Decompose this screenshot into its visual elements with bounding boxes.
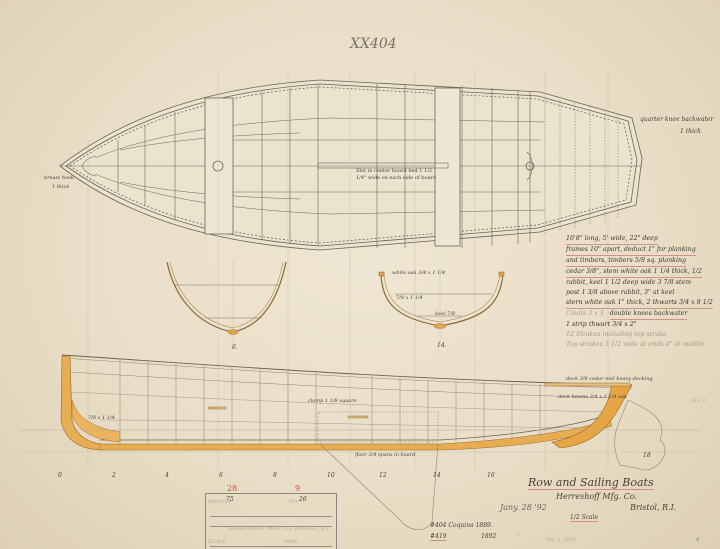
section-14-note-gunwale: white oak 3/4 x 1 1/4 (392, 270, 445, 276)
drawing-title: Row and Sailing Boats (528, 476, 654, 490)
station-tick: 16 (487, 472, 495, 479)
note-clamp: clamp 1 1/8 square (308, 398, 357, 404)
design-reference: #404 Coquina 1889. (430, 522, 493, 529)
note-rudder-size: 16 x 9 (690, 398, 706, 404)
station-tick: 18 (643, 452, 651, 459)
station-tick: 8 (273, 472, 277, 479)
station-tick: 6 (219, 472, 223, 479)
station-tick: 2 (112, 472, 116, 479)
drawer-value: 75 (226, 496, 234, 503)
section-6-label: 6. (232, 344, 238, 351)
no-label: NO. (289, 499, 299, 505)
no-value: 26 (299, 496, 307, 503)
mark-4: 4 (696, 537, 699, 543)
station-tick: 4 (165, 472, 169, 479)
date-label: DATE (284, 539, 298, 545)
centerboard-note-2: 1/4" wide on each side of board (356, 175, 436, 181)
centerboard-note-1: Slot in center board bed 1 1/2 (356, 168, 432, 174)
section-14-label: 14. (437, 342, 447, 349)
spec-line: 1 strip thwart 3/4 x 2" (566, 321, 637, 328)
title-block-red-number-left: 28 (227, 484, 237, 493)
spec-line: post 1 3/8 above rabbit, 3" at keel (566, 289, 674, 296)
section-6 (167, 260, 286, 345)
label-quarter-knee: quarter knee backwater (640, 116, 713, 123)
station-tick: 0 (58, 472, 62, 479)
archive-mark: HA. 5. 2005 (546, 537, 576, 543)
section-14 (379, 268, 504, 345)
drawing-sheet: XX404 quarter knee backwater 1 thick bre… (0, 0, 720, 549)
drawing-maker: Herreshoff Mfg. Co. (556, 492, 637, 501)
section-14-note-clamp: 7/8 x 1 1/4 (396, 295, 423, 301)
spec-line: stern white oak 1" thick, 2 thwarts 3/4 … (566, 298, 713, 309)
design-year: 1892 (481, 533, 496, 540)
note-floor: floor 3/4 spans in board (355, 452, 415, 458)
spec-line-faint: Cleats 3 x 3 (566, 310, 604, 317)
mark-3: 3 (516, 532, 519, 538)
drawing-date: Jany. 28 '92 (500, 503, 547, 512)
spec-line: 16'8" long, 5' wide, 22" deep (566, 234, 658, 245)
label-breast-hook-thickness: 1 thick (52, 184, 69, 190)
station-tick: 12 (379, 472, 387, 479)
scale-label: SCALE (208, 539, 226, 545)
spec-line-faint: 12 Strakes including top strake (566, 330, 718, 340)
note-stem-size: 7/8 x 1 1/4 (88, 415, 115, 421)
spec-line: cedar 3/8", stem white oak 1 1/4 thick, … (566, 267, 702, 278)
plan-view-hull (60, 80, 642, 250)
spec-line: and timbers, timbers 5/8 sq. planking (566, 256, 686, 267)
catalog-number: XX404 (350, 36, 397, 52)
station-tick: 14 (433, 472, 441, 479)
drawing-place: Bristol, R.I. (630, 503, 676, 512)
label-quarter-knee-thickness: 1 thick (680, 128, 701, 135)
spec-line-faint: Top strakes 3 1/2 wide at ends 4" at mid… (566, 340, 718, 350)
spec-line: double knees backwater (610, 309, 688, 320)
label-breast-hook: breast hook (44, 175, 74, 181)
note-deck: deck 3/8 cedar mid heavy decking (566, 376, 653, 382)
design-reference-2: #419 (430, 533, 446, 541)
spec-line: frames 10" apart, deduct 1" for planking (566, 245, 696, 256)
title-block-red-number-right: 9 (295, 484, 300, 493)
section-14-note-keel: keel 7/8 (435, 311, 455, 317)
drawing-scale: 1/2 Scale (570, 514, 598, 522)
title-block-company: HERRESHOFF MFG. CO. BRISTOL, R.I. (228, 526, 330, 532)
station-tick: 10 (327, 472, 335, 479)
specification-notes: 16'8" long, 5' wide, 22" deep frames 10"… (566, 234, 718, 350)
spec-line: rabbit, keel 1 1/2 deep wide 3 7/8 stem (566, 279, 691, 286)
note-deck-beams: deck beams 3/4 x 1 1/4 oak (558, 394, 627, 400)
